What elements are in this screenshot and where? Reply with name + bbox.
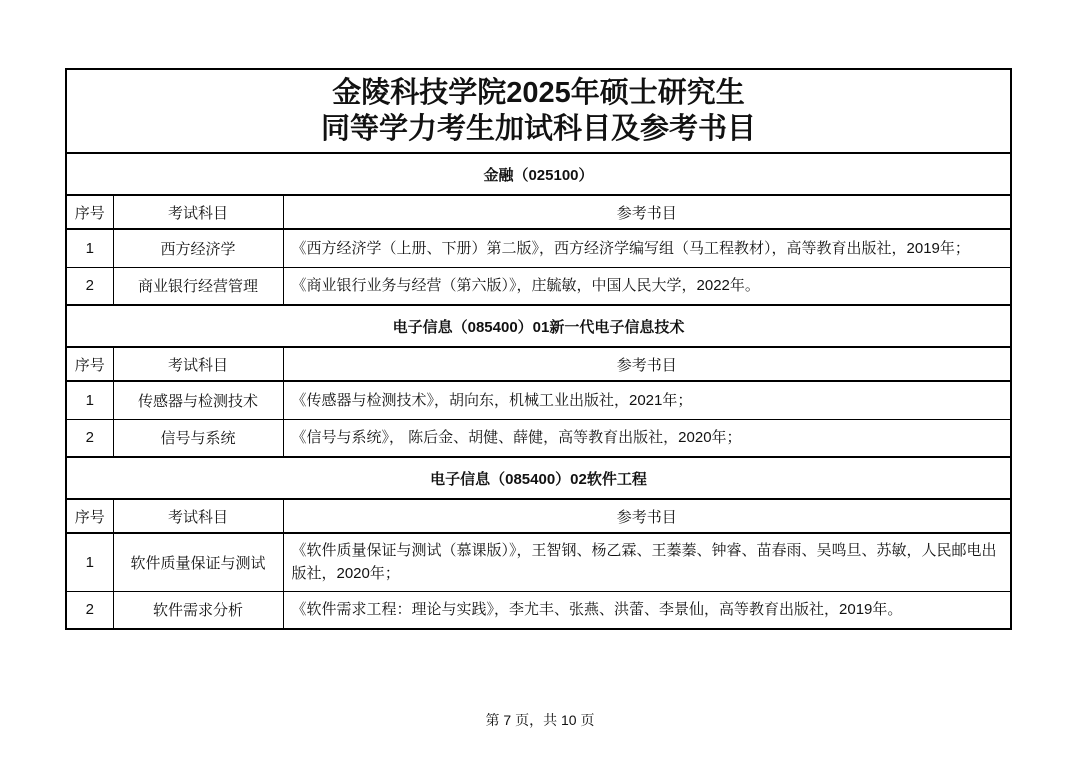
books-cell: 《西方经济学（上册、下册）第二版》，西方经济学编写组（马工程教材），高等教育出版… bbox=[283, 229, 1011, 267]
table-row: 2 商业银行经营管理 《商业银行业务与经营（第六版）》，庄毓敏，中国人民大学，2… bbox=[66, 267, 1011, 305]
table-row: 2 软件需求分析 《软件需求工程：理论与实践》，李尤丰、张燕、洪蕾、李景仙，高等… bbox=[66, 591, 1011, 629]
row-number-cell: 2 bbox=[66, 267, 113, 305]
subject-cell: 西方经济学 bbox=[113, 229, 283, 267]
table-header-row: 序号 考试科目 参考书目 bbox=[66, 499, 1011, 533]
table-row: 2 信号与系统 《信号与系统》， 陈后金、胡健、薛健，高等教育出版社，2020年… bbox=[66, 419, 1011, 457]
section-row: 电子信息（085400）01新一代电子信息技术 bbox=[66, 305, 1011, 347]
books-cell: 《商业银行业务与经营（第六版）》，庄毓敏，中国人民大学，2022年。 bbox=[283, 267, 1011, 305]
row-number-cell: 1 bbox=[66, 229, 113, 267]
row-number-cell: 2 bbox=[66, 419, 113, 457]
column-header-no: 序号 bbox=[66, 499, 113, 533]
column-header-subject: 考试科目 bbox=[113, 195, 283, 229]
column-header-subject: 考试科目 bbox=[113, 499, 283, 533]
section-row: 电子信息（085400）02软件工程 bbox=[66, 457, 1011, 499]
subject-cell: 商业银行经营管理 bbox=[113, 267, 283, 305]
document-page: 金陵科技学院2025年硕士研究生 同等学力考生加试科目及参考书目 金融（0251… bbox=[0, 0, 1080, 764]
section-heading: 电子信息（085400）01新一代电子信息技术 bbox=[66, 305, 1011, 347]
books-cell: 《软件质量保证与测试（慕课版）》，王智钢、杨乙霖、王蓁蓁、钟睿、苗春雨、吴鸣旦、… bbox=[283, 533, 1011, 591]
table-row: 1 西方经济学 《西方经济学（上册、下册）第二版》，西方经济学编写组（马工程教材… bbox=[66, 229, 1011, 267]
books-cell: 《软件需求工程：理论与实践》，李尤丰、张燕、洪蕾、李景仙，高等教育出版社，201… bbox=[283, 591, 1011, 629]
table-header-row: 序号 考试科目 参考书目 bbox=[66, 195, 1011, 229]
subject-cell: 软件质量保证与测试 bbox=[113, 533, 283, 591]
books-cell: 《信号与系统》， 陈后金、胡健、薛健，高等教育出版社，2020年； bbox=[283, 419, 1011, 457]
title-row: 金陵科技学院2025年硕士研究生 同等学力考生加试科目及参考书目 bbox=[66, 69, 1011, 153]
column-header-no: 序号 bbox=[66, 347, 113, 381]
section-heading: 电子信息（085400）02软件工程 bbox=[66, 457, 1011, 499]
row-number-cell: 2 bbox=[66, 591, 113, 629]
books-cell: 《传感器与检测技术》，胡向东，机械工业出版社，2021年； bbox=[283, 381, 1011, 419]
column-header-books: 参考书目 bbox=[283, 347, 1011, 381]
table-row: 1 传感器与检测技术 《传感器与检测技术》，胡向东，机械工业出版社，2021年； bbox=[66, 381, 1011, 419]
subject-cell: 信号与系统 bbox=[113, 419, 283, 457]
column-header-no: 序号 bbox=[66, 195, 113, 229]
subject-cell: 软件需求分析 bbox=[113, 591, 283, 629]
exam-subjects-table: 金陵科技学院2025年硕士研究生 同等学力考生加试科目及参考书目 金融（0251… bbox=[65, 68, 1012, 630]
document-title: 金陵科技学院2025年硕士研究生 同等学力考生加试科目及参考书目 bbox=[66, 69, 1011, 153]
section-heading: 金融（025100） bbox=[66, 153, 1011, 195]
column-header-books: 参考书目 bbox=[283, 195, 1011, 229]
row-number-cell: 1 bbox=[66, 533, 113, 591]
table-row: 1 软件质量保证与测试 《软件质量保证与测试（慕课版）》，王智钢、杨乙霖、王蓁蓁… bbox=[66, 533, 1011, 591]
page-number-footer: 第 7 页，共 10 页 bbox=[0, 710, 1080, 730]
document-title-line1: 金陵科技学院2025年硕士研究生 bbox=[67, 75, 1010, 111]
subject-cell: 传感器与检测技术 bbox=[113, 381, 283, 419]
section-row: 金融（025100） bbox=[66, 153, 1011, 195]
table-header-row: 序号 考试科目 参考书目 bbox=[66, 347, 1011, 381]
column-header-subject: 考试科目 bbox=[113, 347, 283, 381]
document-title-line2: 同等学力考生加试科目及参考书目 bbox=[67, 111, 1010, 147]
row-number-cell: 1 bbox=[66, 381, 113, 419]
column-header-books: 参考书目 bbox=[283, 499, 1011, 533]
